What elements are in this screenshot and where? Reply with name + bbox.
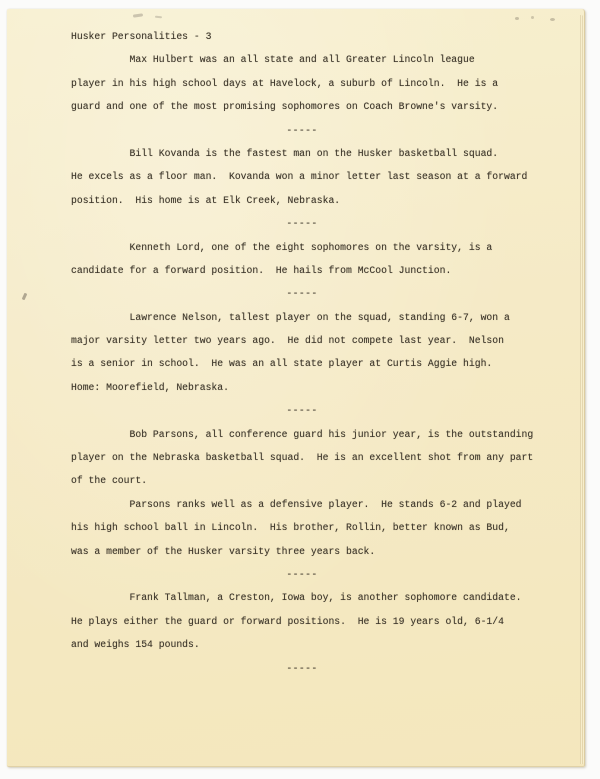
doc-line: He plays either the guard or forward pos…: [71, 610, 533, 633]
section-separator: -----: [71, 657, 533, 680]
pencil-speck: [515, 17, 519, 20]
doc-line: of the court.: [71, 469, 533, 492]
doc-line: Kenneth Lord, one of the eight sophomore…: [71, 236, 533, 259]
doc-line: was a member of the Husker varsity three…: [71, 540, 533, 563]
doc-line: player on the Nebraska basketball squad.…: [71, 446, 533, 469]
doc-line: position. His home is at Elk Creek, Nebr…: [71, 189, 533, 212]
doc-line: Lawrence Nelson, tallest player on the s…: [71, 306, 533, 329]
section-separator: -----: [71, 212, 533, 235]
section-separator: -----: [71, 563, 533, 586]
typewritten-text: Husker Personalities - 3 Max Hulbert was…: [71, 25, 533, 680]
doc-line: Max Hulbert was an all state and all Gre…: [71, 48, 533, 71]
doc-line: is a senior in school. He was an all sta…: [71, 352, 533, 375]
paper-smudge: [133, 13, 143, 17]
pencil-speck: [550, 18, 555, 21]
doc-line: Bob Parsons, all conference guard his ju…: [71, 423, 533, 446]
doc-line: He excels as a floor man. Kovanda won a …: [71, 165, 533, 188]
document-page: Husker Personalities - 3 Max Hulbert was…: [7, 9, 585, 767]
pencil-speck: [531, 16, 534, 19]
doc-line: Frank Tallman, a Creston, Iowa boy, is a…: [71, 586, 533, 609]
doc-line: Home: Moorefield, Nebraska.: [71, 376, 533, 399]
section-separator: -----: [71, 282, 533, 305]
doc-line: his high school ball in Lincoln. His bro…: [71, 516, 533, 539]
doc-line: major varsity letter two years ago. He d…: [71, 329, 533, 352]
scan-background: Husker Personalities - 3 Max Hulbert was…: [0, 0, 600, 779]
section-separator: -----: [71, 399, 533, 422]
pencil-tick: [22, 293, 28, 301]
doc-line: player in his high school days at Havelo…: [71, 72, 533, 95]
paper-smudge: [155, 16, 162, 19]
page-heading: Husker Personalities - 3: [71, 25, 533, 48]
doc-line: Bill Kovanda is the fastest man on the H…: [71, 142, 533, 165]
doc-line: guard and one of the most promising soph…: [71, 95, 533, 118]
doc-line: and weighs 154 pounds.: [71, 633, 533, 656]
paper-edge: [580, 15, 584, 764]
doc-line: Parsons ranks well as a defensive player…: [71, 493, 533, 516]
section-separator: -----: [71, 119, 533, 142]
doc-line: candidate for a forward position. He hai…: [71, 259, 533, 282]
